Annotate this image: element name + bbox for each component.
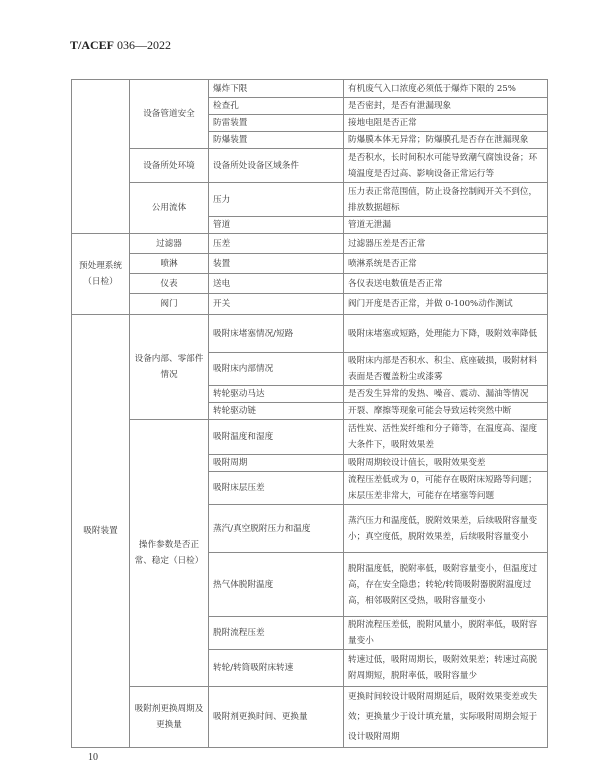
desc-cell: 有机废气入口浓度必须低于爆炸下限的 25%	[344, 80, 548, 98]
item-cell: 设备所处设备区域条件	[209, 149, 344, 183]
desc-cell: 吸附床内部是否积水、积尘、底座破损，吸附材料表面是否覆盖粉尘或漆雾	[344, 353, 548, 386]
standard-number: 036—2022	[117, 38, 171, 52]
desc-cell: 吸附周期较设计值长，吸附效果变差	[344, 455, 548, 472]
category-cell: 吸附装置	[72, 315, 130, 748]
item-cell: 装置	[209, 254, 344, 274]
category-cell	[72, 80, 130, 234]
subgroup-cell: 喷淋	[130, 254, 209, 274]
item-cell: 吸附床层压差	[209, 472, 344, 505]
desc-cell: 脱附温度低，脱附率低，吸附容量变小，但温度过高，存在安全隐患；转轮/转筒吸附器脱…	[344, 553, 548, 617]
desc-cell: 吸附床堵塞或短路，处理能力下降，吸附效率降低	[344, 315, 548, 353]
desc-cell: 转速过低，吸附周期长，吸附效果差；转速过高脱附周期短，脱附率低，吸附容量少	[344, 650, 548, 687]
subgroup-cell: 吸附剂更换周期及更换量	[130, 687, 209, 748]
category-cell: 预处理系统（日检）	[72, 234, 130, 315]
item-cell: 转轮驱动链	[209, 403, 344, 420]
subgroup-cell: 公用流体	[130, 183, 209, 234]
subgroup-cell: 设备内部、零部件情况	[130, 315, 209, 420]
item-cell: 管道	[209, 217, 344, 234]
item-cell: 吸附温度和湿度	[209, 420, 344, 455]
item-cell: 防雷装置	[209, 115, 344, 132]
desc-cell: 过滤器压差是否正常	[344, 234, 548, 254]
standard-code: T/ACEF	[70, 38, 114, 52]
page-number: 10	[88, 752, 98, 763]
desc-cell: 是否发生异常的发热、噪音、震动、漏油等情况	[344, 386, 548, 403]
item-cell: 蒸汽/真空脱附压力和温度	[209, 505, 344, 553]
item-cell: 检查孔	[209, 98, 344, 115]
desc-cell: 防爆膜本体无异常；防爆膜孔是否存在泄漏现象	[344, 132, 548, 149]
item-cell: 开关	[209, 294, 344, 315]
desc-cell: 管道无泄漏	[344, 217, 548, 234]
subgroup-cell: 设备所处环境	[130, 149, 209, 183]
item-cell: 吸附床内部情况	[209, 353, 344, 386]
inspection-table: 设备管道安全 爆炸下限 有机废气入口浓度必须低于爆炸下限的 25% 检查孔 是否…	[71, 79, 548, 748]
item-cell: 热气体脱附温度	[209, 553, 344, 617]
document-header: T/ACEF 036—2022	[70, 38, 171, 53]
desc-cell: 喷淋系统是否正常	[344, 254, 548, 274]
subgroup-cell: 过滤器	[130, 234, 209, 254]
item-cell: 转轮/转筒吸附床转速	[209, 650, 344, 687]
desc-cell: 是否密封，是否有泄漏现象	[344, 98, 548, 115]
desc-cell: 开裂、摩擦等现象可能会导致运转突然中断	[344, 403, 548, 420]
subgroup-cell: 操作参数是否正常、稳定（日检）	[130, 420, 209, 687]
desc-cell: 蒸汽压力和温度低，脱附效果差，后续吸附容量变小；真空度低，脱附效果差，后续吸附容…	[344, 505, 548, 553]
desc-cell: 压力表正常范围值，防止设备控制阀开关不到位，排放数据超标	[344, 183, 548, 217]
desc-cell: 阀门开度是否正常，并做 0-100%动作测试	[344, 294, 548, 315]
desc-cell: 各仪表送电数值是否正常	[344, 274, 548, 294]
subgroup-cell: 设备管道安全	[130, 80, 209, 149]
desc-cell: 流程压差低或为 0，可能存在吸附床短路等问题；床层压差非常大，可能存在堵塞等问题	[344, 472, 548, 505]
item-cell: 吸附周期	[209, 455, 344, 472]
item-cell: 转轮驱动马达	[209, 386, 344, 403]
desc-cell: 脱附流程压差低，脱附风量小，脱附率低，吸附容量变小	[344, 617, 548, 650]
item-cell: 压差	[209, 234, 344, 254]
item-cell: 防爆装置	[209, 132, 344, 149]
item-cell: 吸附床堵塞情况/短路	[209, 315, 344, 353]
subgroup-cell: 阀门	[130, 294, 209, 315]
item-cell: 送电	[209, 274, 344, 294]
desc-cell: 活性炭、活性炭纤维和分子筛等，在温度高、湿度大条件下，吸附效果差	[344, 420, 548, 455]
desc-cell: 是否积水，长时间积水可能导致潮气腐蚀设备；环境温度是否过高、影响设备正常运行等	[344, 149, 548, 183]
item-cell: 爆炸下限	[209, 80, 344, 98]
desc-cell: 更换时间较设计吸附周期延后，吸附效果变差或失效；更换量少于设计填充量，实际吸附周…	[344, 687, 548, 748]
item-cell: 压力	[209, 183, 344, 217]
item-cell: 吸附剂更换时间、更换量	[209, 687, 344, 748]
subgroup-cell: 仪表	[130, 274, 209, 294]
desc-cell: 接地电阻是否正常	[344, 115, 548, 132]
item-cell: 脱附流程压差	[209, 617, 344, 650]
